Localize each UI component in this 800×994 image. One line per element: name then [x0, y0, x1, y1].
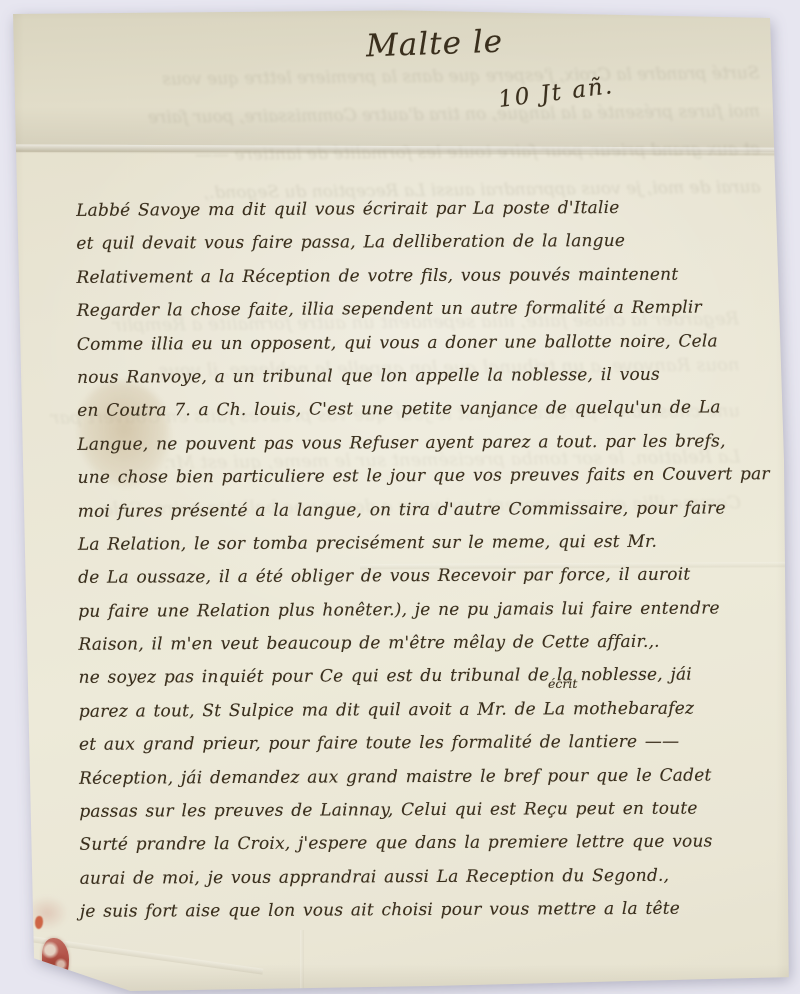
letter-line: moi fures présenté a la langue, on tira … — [78, 492, 770, 529]
letter-line: Surté prandre la Croix, j'espere que dan… — [79, 826, 771, 863]
letter-body: Labbé Savoye ma dit quil vous écrirait p… — [76, 191, 772, 929]
letter-line: aurai de moi, je vous apprandrai aussi L… — [80, 859, 772, 896]
letter-line: en Coutra 7. a Ch. louis, C'est une peti… — [77, 392, 769, 429]
letter-paper: Surté prandre la Croix, j'espere que dan… — [0, 0, 800, 994]
letter-line: Comme illia eu un opposent, qui vous a d… — [77, 325, 769, 362]
letter-line: Relativement a la Réception de votre fil… — [76, 258, 768, 295]
interlinear-insertion: écrit — [548, 676, 577, 691]
letter-line: Raison, il m'en veut beaucoup de m'être … — [78, 625, 770, 662]
letter-line: passas sur les preuves de Lainnay, Celui… — [79, 792, 771, 829]
letter-line: ne soyez pas inquiét pour Ce qui est du … — [79, 659, 771, 696]
letter-line: parez a tout, St Sulpice ma dit quil avo… — [79, 692, 771, 729]
photograph-background: Surté prandre la Croix, j'espere que dan… — [0, 0, 800, 994]
letter-line: nous Ranvoye, a un tribunal que lon appe… — [77, 358, 769, 395]
wax-seal-residue — [42, 938, 69, 986]
letter-line: Réception, jái demandez aux grand maistr… — [79, 759, 771, 796]
letter-line: de La oussaze, il a été obliger de vous … — [78, 558, 770, 595]
letter-line: Langue, ne pouvent pas vous Refuser ayen… — [77, 425, 769, 462]
letter-line: je suis fort aise que lon vous ait chois… — [80, 892, 772, 929]
letter-line: pu faire une Relation plus honêter.), je… — [78, 592, 770, 629]
letter-line: et quil devait vous faire passa, La dell… — [76, 225, 768, 262]
letter-line: Labbé Savoye ma dit quil vous écrirait p… — [76, 191, 768, 228]
letter-line: et aux grand prieur, pour faire toute le… — [79, 725, 771, 762]
place-header: Malte le — [365, 24, 503, 65]
wax-seal-smudge — [26, 896, 68, 930]
letter-line: La Relation, le sor tomba precisément su… — [78, 525, 770, 562]
letter-line: Regarder la chose faite, illia sependent… — [77, 291, 769, 328]
letter-line: une chose bien particuliere est le jour … — [77, 458, 769, 495]
